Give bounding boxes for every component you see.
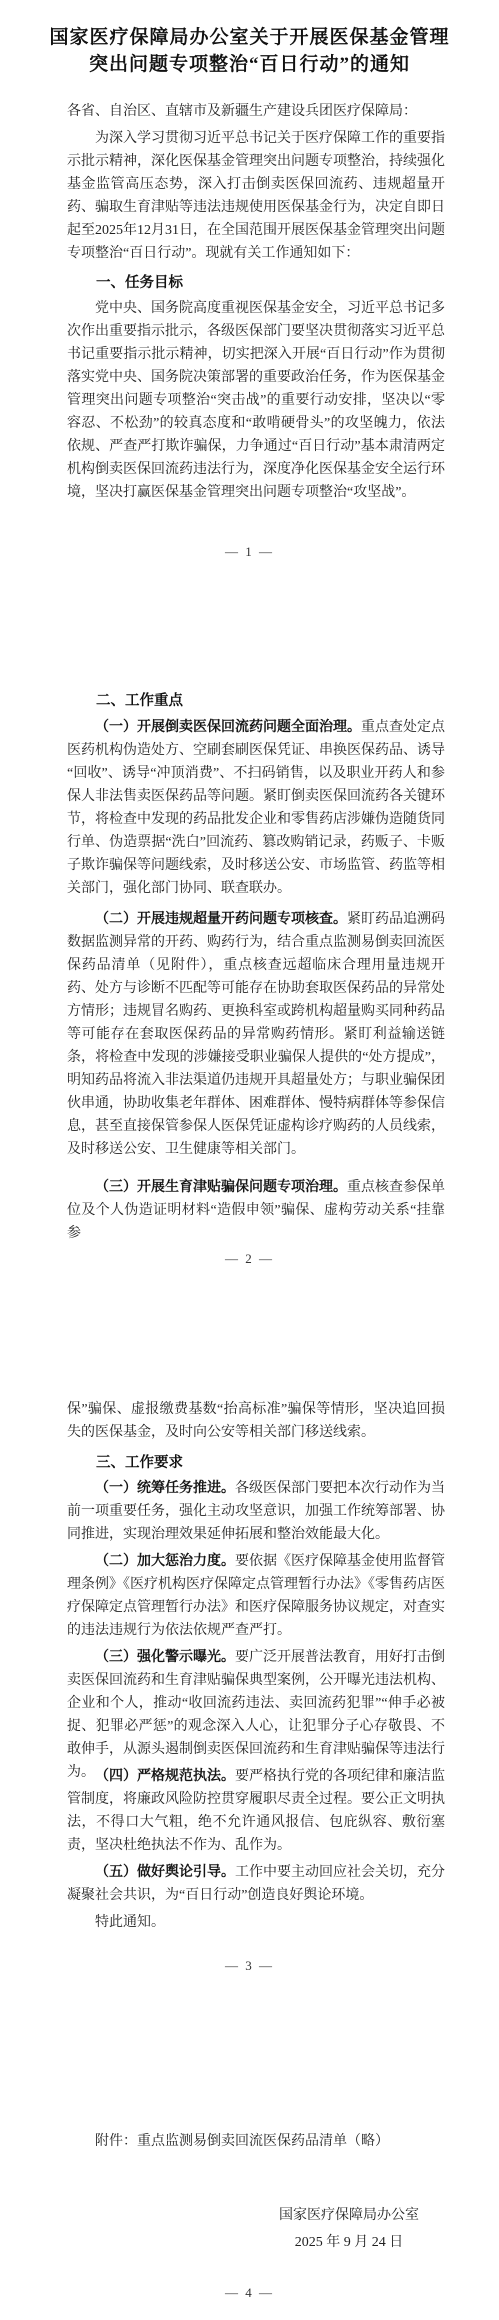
page-number-4: — 4 —	[0, 2285, 499, 2301]
attachment-line: 附件：重点监测易倒卖回流医保药品清单（略）	[67, 2130, 445, 2153]
page-number-2: — 2 —	[0, 1251, 499, 1267]
work-requirement-item-3-body: 要广泛开展普法教育，用好打击倒卖医保回流药和生育津贴骗保典型案例，公开曝光违法机…	[67, 1650, 445, 1780]
section-heading-2: 二、工作重点	[67, 690, 445, 713]
section-1-paragraph: 党中央、国务院高度重视医保基金安全，习近平总书记多次作出重要指示批示，各级医保部…	[67, 297, 445, 504]
section-heading-1: 一、任务目标	[67, 272, 445, 295]
section-heading-3: 三、工作要求	[67, 1452, 445, 1475]
work-focus-item-2-body: 紧盯药品追溯码数据监测异常的开药、购药行为，结合重点监测易倒卖回流医保药品清单（…	[67, 912, 445, 1157]
page-number-3: — 3 —	[0, 1958, 499, 1974]
work-requirement-item-5: （五）做好舆论引导。工作中要主动回应社会关切，充分凝聚社会共识，为“百日行动”创…	[67, 1861, 445, 1907]
document-title-line1: 国家医疗保障局办公室关于开展医保基金管理	[36, 24, 463, 51]
work-focus-item-1-body: 重点查处定点医药机构伪造处方、空刷套刷医保凭证、串换医保药品、诱导“回收”、诱导…	[67, 720, 445, 896]
work-requirement-item-1: （一）统筹任务推进。各级医保部门要把本次行动作为当前一项重要任务，强化主动攻坚意…	[67, 1477, 445, 1546]
work-requirement-item-1-lead: （一）统筹任务推进。	[95, 1481, 235, 1496]
issuer-name: 国家医疗保障局办公室	[279, 2202, 419, 2229]
work-focus-item-3-lead: （三）开展生育津贴骗保问题专项治理。	[95, 1180, 347, 1195]
intro-paragraph: 为深入学习贯彻习近平总书记关于医疗保障工作的重要指示批示精神，深化医保基金管理突…	[67, 127, 445, 265]
work-requirement-item-2-lead: （二）加大惩治力度。	[95, 1554, 235, 1569]
work-focus-item-3: （三）开展生育津贴骗保问题专项治理。重点核查参保单位及个人伪造证明材料“造假申领…	[67, 1176, 445, 1245]
work-focus-item-2-lead: （二）开展违规超量开药问题专项核查。	[95, 912, 347, 927]
work-requirement-item-5-lead: （五）做好舆论引导。	[95, 1865, 235, 1880]
document-title-line2: 突出问题专项整治“百日行动”的通知	[36, 51, 463, 78]
work-focus-item-1-lead: （一）开展倒卖医保回流药问题全面治理。	[95, 720, 361, 735]
work-requirement-item-3-lead: （三）强化警示曝光。	[95, 1650, 235, 1665]
work-requirement-item-3: （三）强化警示曝光。要广泛开展普法教育，用好打击倒卖医保回流药和生育津贴骗保典型…	[67, 1646, 445, 1784]
work-requirement-item-2: （二）加大惩治力度。要依据《医疗保障基金使用监督管理条例》《医疗机构医疗保障定点…	[67, 1550, 445, 1642]
signature-block: 国家医疗保障局办公室 2025 年 9 月 24 日	[279, 2202, 419, 2256]
work-focus-item-3-continuation: 保”骗保、虚报缴费基数“抬高标准”骗保等情形，坚决追回损失的医保基金，及时向公安…	[67, 1398, 445, 1444]
closing-line: 特此通知。	[67, 1911, 445, 1934]
work-requirement-item-4-lead: （四）严格规范执法。	[95, 1769, 235, 1784]
addressee-line: 各省、自治区、直辖市及新疆生产建设兵团医疗保障局：	[67, 100, 445, 123]
work-focus-item-1: （一）开展倒卖医保回流药问题全面治理。重点查处定点医药机构伪造处方、空刷套刷医保…	[67, 716, 445, 900]
document-title: 国家医疗保障局办公室关于开展医保基金管理 突出问题专项整治“百日行动”的通知	[36, 24, 463, 78]
work-requirement-item-4: （四）严格规范执法。要严格执行党的各项纪律和廉洁监管制度，将廉政风险防控贯穿履职…	[67, 1765, 445, 1857]
page-number-1: — 1 —	[0, 544, 499, 560]
notice-document: 国家医疗保障局办公室关于开展医保基金管理 突出问题专项整治“百日行动”的通知 各…	[0, 0, 499, 2320]
work-focus-item-2: （二）开展违规超量开药问题专项核查。紧盯药品追溯码数据监测异常的开药、购药行为，…	[67, 908, 445, 1161]
issue-date: 2025 年 9 月 24 日	[279, 2229, 419, 2256]
